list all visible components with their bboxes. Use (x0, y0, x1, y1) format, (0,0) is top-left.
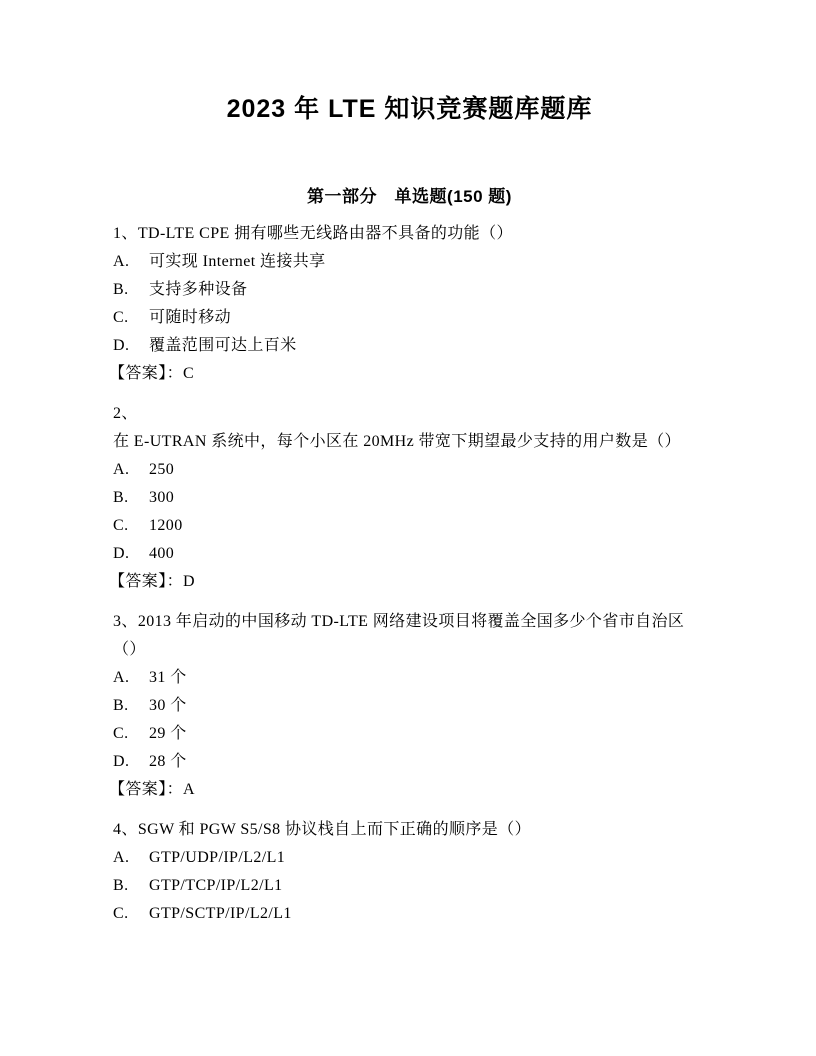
question-stem: 在 E-UTRAN 系统中，每个小区在 20MHz 带宽下期望最少支持的用户数是… (113, 433, 681, 450)
question-block-4: 4、SGW 和 PGW S5/S8 协议栈自上而下正确的顺序是（） A. GTP… (113, 816, 705, 928)
option-label: A. (113, 456, 149, 484)
answer-value: A (183, 781, 195, 798)
answer-value: D (183, 573, 195, 590)
option-row: A. 31 个 (113, 664, 705, 692)
option-row: B. 300 (113, 484, 705, 512)
question-text: 4、SGW 和 PGW S5/S8 协议栈自上而下正确的顺序是（） (113, 816, 705, 844)
question-stem: TD-LTE CPE 拥有哪些无线路由器不具备的功能（） (138, 225, 513, 242)
question-number: 1、 (113, 225, 138, 242)
option-text: 可随时移动 (149, 304, 231, 332)
answer-value: C (183, 365, 194, 382)
option-label: D. (113, 540, 149, 568)
document-page: 2023 年 LTE 知识竞赛题库题库 第一部分 单选题(150 题) 1、TD… (0, 0, 816, 1056)
question-number: 4、 (113, 821, 138, 838)
option-row: B. 支持多种设备 (113, 276, 705, 304)
option-row: C. 29 个 (113, 720, 705, 748)
option-row: D. 覆盖范围可达上百米 (113, 332, 705, 360)
option-text: GTP/SCTP/IP/L2/L1 (149, 900, 292, 928)
option-row: C. 可随时移动 (113, 304, 705, 332)
option-label: A. (113, 664, 149, 692)
option-row: A. GTP/UDP/IP/L2/L1 (113, 844, 705, 872)
option-row: C. GTP/SCTP/IP/L2/L1 (113, 900, 705, 928)
option-text: GTP/TCP/IP/L2/L1 (149, 872, 283, 900)
question-text: 1、TD-LTE CPE 拥有哪些无线路由器不具备的功能（） (113, 220, 705, 248)
option-row: A. 可实现 Internet 连接共享 (113, 248, 705, 276)
option-row: A. 250 (113, 456, 705, 484)
option-label: C. (113, 900, 149, 928)
option-row: B. 30 个 (113, 692, 705, 720)
option-text: 28 个 (149, 748, 187, 776)
answer-prefix: 【答案】： (109, 365, 183, 382)
option-text: GTP/UDP/IP/L2/L1 (149, 844, 285, 872)
option-text: 31 个 (149, 664, 187, 692)
question-number: 3、 (113, 613, 138, 630)
question-text: 3、2013 年启动的中国移动 TD-LTE 网络建设项目将覆盖全国多少个省市自… (113, 608, 705, 664)
question-stem: SGW 和 PGW S5/S8 协议栈自上而下正确的顺序是（） (138, 821, 531, 838)
option-label: D. (113, 332, 149, 360)
option-row: C. 1200 (113, 512, 705, 540)
answer-row: 【答案】：A (109, 776, 705, 804)
option-label: B. (113, 276, 149, 304)
option-label: A. (113, 248, 149, 276)
option-label: C. (113, 512, 149, 540)
page-title: 2023 年 LTE 知识竞赛题库题库 (113, 94, 706, 124)
answer-row: 【答案】：C (109, 360, 705, 388)
option-text: 30 个 (149, 692, 187, 720)
question-number: 2、 (113, 405, 138, 422)
option-row: D. 28 个 (113, 748, 705, 776)
question-block-2: 2、在 E-UTRAN 系统中，每个小区在 20MHz 带宽下期望最少支持的用户… (113, 400, 705, 596)
option-label: D. (113, 748, 149, 776)
question-stem: 2013 年启动的中国移动 TD-LTE 网络建设项目将覆盖全国多少个省市自治区… (113, 613, 684, 658)
option-text: 250 (149, 456, 174, 484)
option-row: B. GTP/TCP/IP/L2/L1 (113, 872, 705, 900)
answer-row: 【答案】：D (109, 568, 705, 596)
question-block-1: 1、TD-LTE CPE 拥有哪些无线路由器不具备的功能（） A. 可实现 In… (113, 220, 705, 388)
question-block-3: 3、2013 年启动的中国移动 TD-LTE 网络建设项目将覆盖全国多少个省市自… (113, 608, 705, 804)
answer-prefix: 【答案】： (109, 781, 183, 798)
option-label: C. (113, 720, 149, 748)
question-text: 2、在 E-UTRAN 系统中，每个小区在 20MHz 带宽下期望最少支持的用户… (113, 400, 705, 456)
option-label: C. (113, 304, 149, 332)
option-text: 400 (149, 540, 174, 568)
option-text: 覆盖范围可达上百米 (149, 332, 297, 360)
question-list: 1、TD-LTE CPE 拥有哪些无线路由器不具备的功能（） A. 可实现 In… (113, 220, 705, 928)
option-label: B. (113, 872, 149, 900)
answer-prefix: 【答案】： (109, 573, 183, 590)
option-row: D. 400 (113, 540, 705, 568)
option-label: A. (113, 844, 149, 872)
option-text: 29 个 (149, 720, 187, 748)
section-heading: 第一部分 单选题(150 题) (113, 186, 706, 208)
option-label: B. (113, 692, 149, 720)
option-text: 300 (149, 484, 174, 512)
option-text: 可实现 Internet 连接共享 (149, 248, 326, 276)
option-label: B. (113, 484, 149, 512)
option-text: 支持多种设备 (149, 276, 247, 304)
option-text: 1200 (149, 512, 183, 540)
